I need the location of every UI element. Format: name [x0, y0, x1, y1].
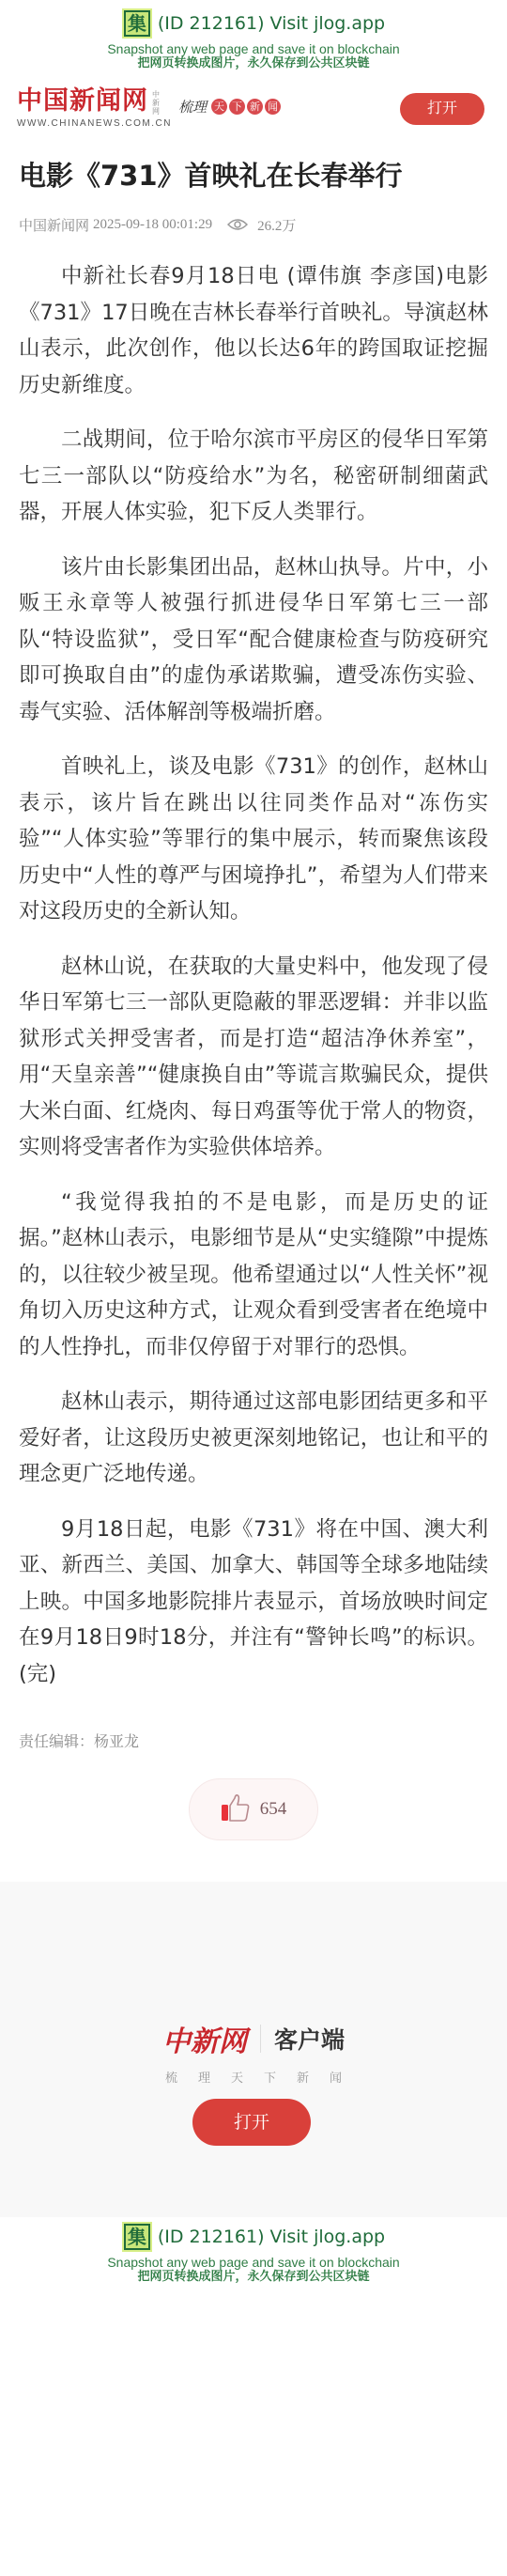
- paragraph: 赵林山说，在获取的大量史料中，他发现了侵华日军第七三一部队更隐蔽的罪恶逻辑：并非…: [19, 949, 488, 1166]
- thumbs-up-icon: [221, 1793, 251, 1825]
- jlog-banner: 集 (ID 212161) Visit jlog.app Snapshot an…: [0, 0, 507, 80]
- like-section: 654: [0, 1778, 507, 1863]
- jlog-badge-icon: 集: [122, 2222, 152, 2252]
- logo-side-text: 中新网: [152, 90, 161, 116]
- jlog-badge-icon: 集: [122, 8, 152, 39]
- paragraph: 该片由长影集团出品，赵林山执导。片中，小贩王永章等人被强行抓进侵华日军第七三一部…: [19, 550, 488, 731]
- paragraph: 首映礼上，谈及电影《731》的创作，赵林山表示，该片旨在跳出以往同类作品对“冻伤…: [19, 749, 488, 930]
- slogan: 梳理 天 下 新 闻: [178, 97, 281, 116]
- jlog-subtitle-cn: 把网页转换成图片，永久保存到公共区块链: [0, 2270, 507, 2285]
- jlog-title[interactable]: (ID 212161) Visit jlog.app: [158, 13, 385, 34]
- promo-tagline: 梳理天下新闻: [0, 2068, 507, 2086]
- article: 电影《731》首映礼在长春举行 中国新闻网 2025-09-18 00:01:2…: [0, 157, 507, 1758]
- divider: [260, 2025, 261, 2053]
- jlog-title[interactable]: (ID 212161) Visit jlog.app: [158, 2227, 385, 2247]
- like-button[interactable]: 654: [189, 1778, 318, 1840]
- article-body: 中新社长春9月18日电 (谭伟旗 李彦国)电影《731》17日晚在吉林长春举行首…: [19, 258, 488, 1692]
- article-source: 中国新闻网: [19, 215, 89, 235]
- site-header: 中国新闻网 中新网 WWW.CHINANEWS.COM.CN 梳理 天 下 新 …: [0, 80, 507, 136]
- slogan-char: 天: [211, 99, 227, 115]
- logo-url: WWW.CHINANEWS.COM.CN: [17, 118, 172, 129]
- eye-icon: [227, 218, 248, 231]
- promo-logo: 中新网 客户端: [0, 2018, 507, 2059]
- jlog-subtitle-en: Snapshot any web page and save it on blo…: [0, 41, 507, 56]
- paragraph: 二战期间，位于哈尔滨市平房区的侵华日军第七三一部队以“防疫给水”为名，秘密研制细…: [19, 422, 488, 531]
- paragraph: “我觉得我拍的不是电影，而是历史的证据。”赵林山表示，电影细节是从“史实缝隙”中…: [19, 1185, 488, 1366]
- site-logo[interactable]: 中国新闻网 中新网 WWW.CHINANEWS.COM.CN: [17, 87, 172, 129]
- paragraph: 赵林山表示，期待通过这部电影团结更多和平爱好者，让这段历史被更深刻地铭记，也让和…: [19, 1384, 488, 1493]
- like-count: 654: [260, 1799, 287, 1820]
- app-promo: 中新网 客户端 梳理天下新闻 打开: [0, 1882, 507, 2217]
- jlog-subtitle-cn: 把网页转换成图片，永久保存到公共区块链: [0, 56, 507, 71]
- paragraph: 中新社长春9月18日电 (谭伟旗 李彦国)电影《731》17日晚在吉林长春举行首…: [19, 258, 488, 403]
- logo-text: 中国新闻网: [17, 87, 148, 116]
- editor-credit: 责任编辑：杨亚龙: [19, 1730, 488, 1758]
- jlog-subtitle-en: Snapshot any web page and save it on blo…: [0, 2255, 507, 2270]
- view-count: 26.2万: [257, 215, 296, 235]
- article-meta: 中国新闻网 2025-09-18 00:01:29 26.2万: [19, 213, 488, 236]
- paragraph: 9月18日起，电影《731》将在中国、澳大利亚、新西兰、美国、加拿大、韩国等全球…: [19, 1512, 488, 1693]
- slogan-char: 下: [229, 99, 245, 115]
- slogan-prefix: 梳理: [178, 97, 207, 116]
- open-app-button[interactable]: 打开: [400, 93, 484, 125]
- article-title: 电影《731》首映礼在长春举行: [19, 157, 488, 194]
- promo-app-label: 客户端: [274, 2022, 345, 2056]
- promo-brand: 中新网: [162, 2018, 247, 2059]
- slogan-char: 闻: [265, 99, 281, 115]
- promo-open-button[interactable]: 打开: [192, 2099, 311, 2146]
- article-datetime: 2025-09-18 00:01:29: [93, 217, 212, 233]
- slogan-char: 新: [247, 99, 263, 115]
- jlog-banner-bottom: 集 (ID 212161) Visit jlog.app Snapshot an…: [0, 2217, 507, 2288]
